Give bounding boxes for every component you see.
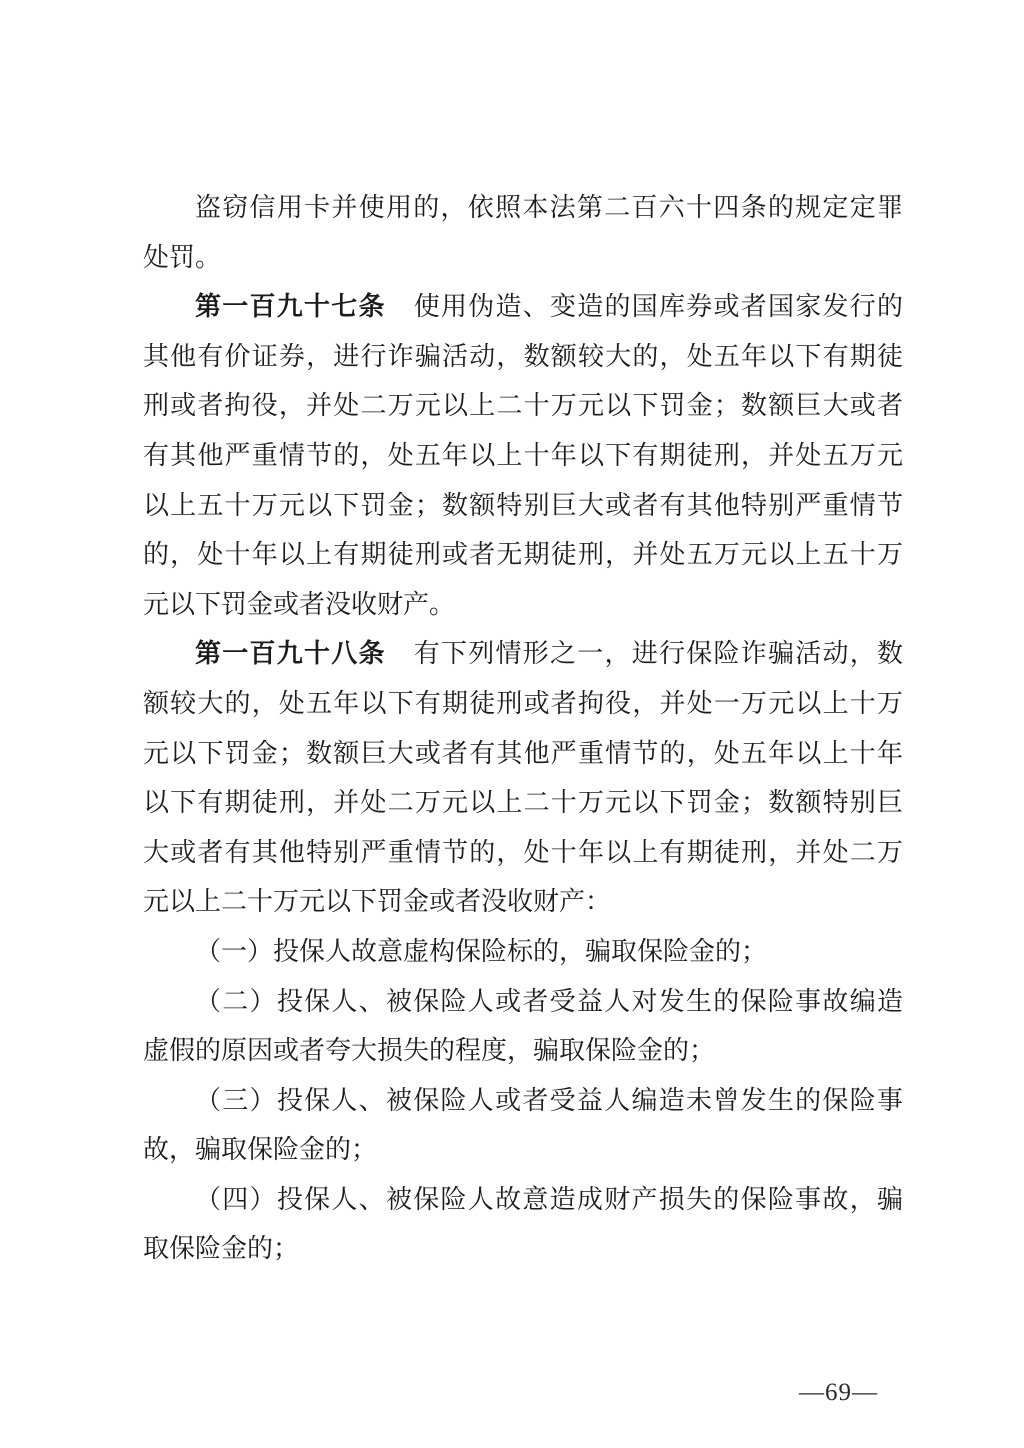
article-197-heading-line: 第一百九十七条使用伪造、变造的国库券或者国家发行的 [143, 282, 903, 332]
paragraph-line: 虚假的原因或者夸大损失的程度，骗取保险金的； [143, 1026, 903, 1076]
paragraph-line: 其他有价证券，进行诈骗活动，数额较大的，处五年以下有期徒 [143, 332, 903, 382]
paragraph-line: 额较大的，处五年以下有期徒刑或者拘役，并处一万元以上十万 [143, 679, 903, 729]
article-number-198: 第一百九十八条 [195, 638, 386, 668]
paragraph-line: 盗窃信用卡并使用的，依照本法第二百六十四条的规定定罪 [143, 183, 903, 233]
paragraph-line: 故，骗取保险金的； [143, 1125, 903, 1175]
list-item-1: （一）投保人故意虚构保险标的，骗取保险金的； [143, 927, 903, 977]
paragraph-line: 处罚。 [143, 233, 903, 283]
law-text-body: 盗窃信用卡并使用的，依照本法第二百六十四条的规定定罪 处罚。 第一百九十七条使用… [143, 183, 903, 1274]
list-item-2: （二）投保人、被保险人或者受益人对发生的保险事故编造 [143, 977, 903, 1027]
paragraph-line: 取保险金的； [143, 1224, 903, 1274]
article-number-197: 第一百九十七条 [195, 291, 386, 321]
paragraph-line: 元以下罚金或者没收财产。 [143, 580, 903, 630]
paragraph-line: 的，处十年以上有期徒刑或者无期徒刑，并处五万元以上五十万 [143, 530, 903, 580]
list-item-4: （四）投保人、被保险人故意造成财产损失的保险事故，骗 [143, 1175, 903, 1225]
paragraph-line: 以下有期徒刑，并处二万元以上二十万元以下罚金；数额特别巨 [143, 778, 903, 828]
article-198-heading-line: 第一百九十八条有下列情形之一，进行保险诈骗活动，数 [143, 629, 903, 679]
paragraph-line: 以上五十万元以下罚金；数额特别巨大或者有其他特别严重情节 [143, 481, 903, 531]
page-number: —69— [799, 1379, 878, 1407]
paragraph-line: 使用伪造、变造的国库券或者国家发行的 [414, 292, 903, 321]
document-page: 盗窃信用卡并使用的，依照本法第二百六十四条的规定定罪 处罚。 第一百九十七条使用… [0, 0, 1024, 1448]
paragraph-line: 有其他严重情节的，处五年以上十年以下有期徒刑，并处五万元 [143, 431, 903, 481]
list-item-3: （三）投保人、被保险人或者受益人编造未曾发生的保险事 [143, 1076, 903, 1126]
paragraph-line: 元以下罚金；数额巨大或者有其他严重情节的，处五年以上十年 [143, 729, 903, 779]
paragraph-line: 有下列情形之一，进行保险诈骗活动，数 [414, 639, 903, 668]
paragraph-line: 刑或者拘役，并处二万元以上二十万元以下罚金；数额巨大或者 [143, 381, 903, 431]
paragraph-line: 元以上二十万元以下罚金或者没收财产： [143, 877, 903, 927]
paragraph-line: 大或者有其他特别严重情节的，处十年以上有期徒刑，并处二万 [143, 828, 903, 878]
